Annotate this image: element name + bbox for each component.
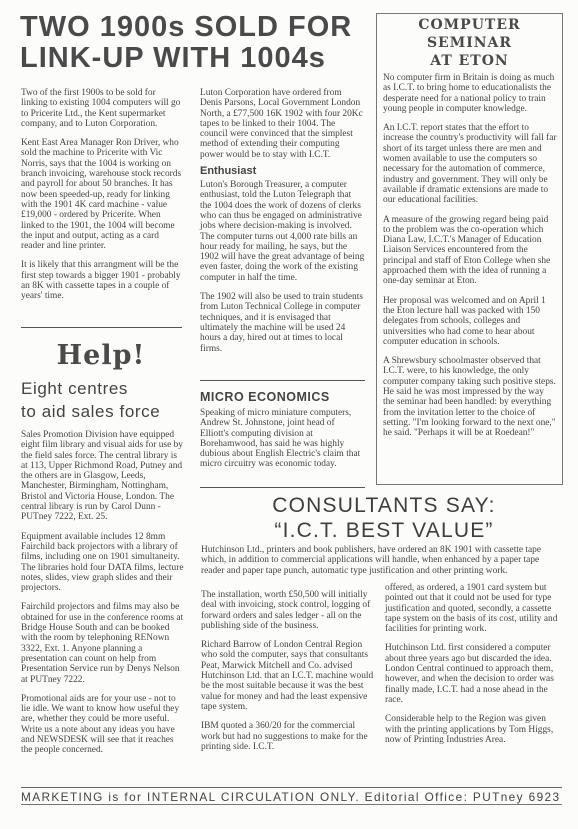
consultants-headline: CONSULTANTS SAY: “I.C.T. BEST VALUE”	[190, 493, 578, 543]
paragraph: The installation, worth £50,500 will ini…	[201, 590, 376, 631]
paragraph: No computer firm in Britain is doing as …	[383, 73, 557, 114]
paragraph: Two of the first 1900s to be sold for li…	[21, 88, 183, 129]
footer-text: MARKETING is for INTERNAL CIRCULATION ON…	[21, 790, 560, 804]
paragraph: Sales Promotion Division have equipped e…	[21, 430, 185, 523]
divider-rule	[21, 327, 182, 328]
micro-economics-headline: MICRO ECONOMICS	[200, 390, 330, 404]
paragraph: Considerable help to the Region was give…	[385, 714, 561, 745]
paragraph: Richard Barrow of London Central Region …	[201, 640, 376, 712]
paragraph: offered, as ordered, a 1901 card system …	[385, 583, 561, 634]
paragraph: Luton's Borough Treasurer, a computer en…	[200, 180, 365, 283]
paragraph: Promotional aids are for your use - not …	[21, 694, 185, 756]
main-headline: TWO 1900s SOLD FOR LINK-UP WITH 1004s	[20, 12, 370, 74]
main-headline-line1: TWO 1900s SOLD FOR	[20, 12, 370, 43]
paragraph: Her proposal was welcomed and on April 1…	[383, 296, 557, 347]
main-headline-line2: LINK-UP WITH 1004s	[20, 43, 370, 74]
paragraph: A measure of the growing regard being pa…	[383, 215, 557, 287]
eton-headline: COMPUTER SEMINAR AT ETON	[377, 16, 562, 70]
help-headline: Eight centres to aid sales force	[21, 377, 191, 423]
eton-story-body: No computer firm in Britain is doing as …	[383, 73, 557, 448]
consultants-col2: offered, as ordered, a 1901 card system …	[385, 583, 561, 754]
eton-headline-line2: SEMINAR	[377, 34, 562, 52]
paragraph: Equipment available includes 12 8mm Fair…	[21, 532, 185, 594]
paragraph: Hutchinson Ltd. first considered a compu…	[385, 643, 561, 705]
micro-economics-body: Speaking of micro miniature computers, A…	[200, 408, 365, 479]
eton-headline-line3: AT ETON	[377, 52, 562, 70]
paragraph: Kent East Area Manager Ron Driver, who s…	[21, 138, 183, 251]
eton-story-box: COMPUTER SEMINAR AT ETON No computer fir…	[376, 13, 563, 485]
help-headline-line2: to aid sales force	[21, 400, 191, 423]
paragraph: Hutchinson Ltd., printers and book publi…	[201, 545, 561, 576]
paragraph: Luton Corporation have ordered from Deni…	[200, 88, 365, 160]
consultants-col1: The installation, worth £50,500 will ini…	[201, 590, 376, 761]
paragraph: An I.C.T. report states that the effort …	[383, 123, 557, 205]
paragraph: It is likely that this arrangment will b…	[21, 260, 183, 301]
divider-rule	[200, 487, 365, 488]
help-story-body: Sales Promotion Division have equipped e…	[21, 430, 185, 765]
help-kicker: Help!	[20, 340, 182, 371]
divider-rule	[200, 380, 365, 381]
consultants-headline-line2: “I.C.T. BEST VALUE”	[190, 518, 578, 543]
paragraph: The 1902 will also be used to train stud…	[200, 292, 365, 354]
footer-top-rule	[21, 787, 562, 788]
newsletter-page: TWO 1900s SOLD FOR LINK-UP WITH 1004s Tw…	[0, 0, 578, 829]
paragraph: IBM quoted a 360/20 for the commercial w…	[201, 721, 376, 752]
subhead-enthusiast: Enthusiast	[200, 165, 365, 178]
main-story-col1: Two of the first 1900s to be sold for li…	[21, 88, 183, 311]
consultants-headline-line1: CONSULTANTS SAY:	[190, 493, 578, 518]
help-headline-line1: Eight centres	[21, 377, 191, 400]
paragraph: A Shrewsbury schoolmaster observed that …	[383, 356, 557, 438]
main-story-col2: Luton Corporation have ordered from Deni…	[200, 88, 365, 363]
eton-headline-line1: COMPUTER	[377, 16, 562, 34]
consultants-lead: Hutchinson Ltd., printers and book publi…	[201, 545, 561, 585]
footer-bottom-rule	[21, 804, 562, 805]
paragraph: Fairchild projectors and films may also …	[21, 602, 185, 684]
paragraph: Speaking of micro miniature computers, A…	[200, 408, 365, 470]
